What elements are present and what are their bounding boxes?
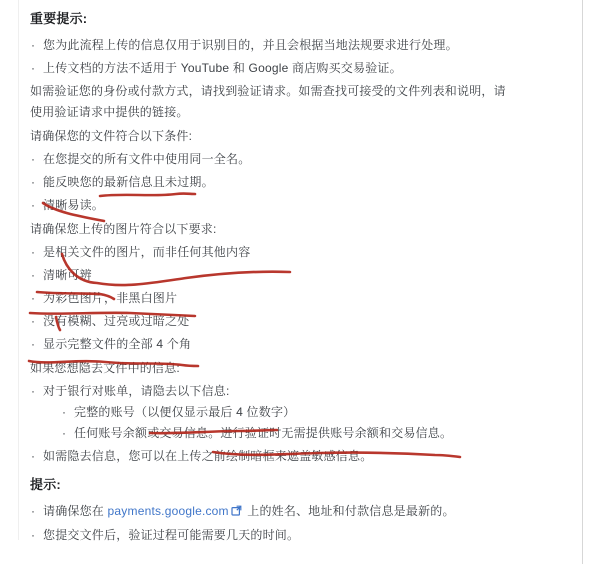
help-article-page: 重要提示: 您为此流程上传的信息仅用于识别目的，并且会根据当地法规要求进行处理。… xyxy=(0,0,600,575)
redaction-list: 对于银行对账单，请隐去以下信息: 完整的账号（以便仅显示最后 4 位数字） 任何… xyxy=(30,381,516,467)
list-item-text: 在您提交的所有文件中使用同一全名。 xyxy=(43,152,250,166)
list-item: 您为此流程上传的信息仅用于识别目的，并且会根据当地法规要求进行处理。 xyxy=(30,35,516,56)
list-item-text: 清晰可辨 xyxy=(43,268,92,282)
list-item-text: 为彩色图片，非黑白图片 xyxy=(43,291,177,305)
file-requirements-list: 在您提交的所有文件中使用同一全名。 能反映您的最新信息且未过期。 清晰易读。 xyxy=(30,149,516,216)
list-item-text: 您为此流程上传的信息仅用于识别目的，并且会根据当地法规要求进行处理。 xyxy=(43,38,458,52)
list-item: 没有模糊、过亮或过暗之处 xyxy=(30,311,516,332)
payments-google-link[interactable]: payments.google.com xyxy=(108,504,229,518)
list-item-text: 是相关文件的图片，而非任何其他内容 xyxy=(43,245,250,259)
important-notice-heading: 重要提示: xyxy=(30,8,516,29)
list-item-text: 能反映您的最新信息且未过期。 xyxy=(43,175,214,189)
tips-bullet1-suffix: 上的姓名、地址和付款信息是最新的。 xyxy=(244,504,455,518)
tips-list: 请确保您在 payments.google.com 上的姓名、地址和付款信息是最… xyxy=(30,501,516,546)
list-item-text: 上传文档的方法不适用于 YouTube 和 Google 商店购买交易验证。 xyxy=(43,61,402,75)
list-item-text: 任何账号余额或交易信息。进行验证时无需提供账号余额和交易信息。 xyxy=(74,426,452,440)
page-right-border xyxy=(582,0,583,564)
article-content: 重要提示: 您为此流程上传的信息仅用于识别目的，并且会根据当地法规要求进行处理。… xyxy=(30,8,516,548)
list-item: 请确保您在 payments.google.com 上的姓名、地址和付款信息是最… xyxy=(30,501,516,523)
list-item: 为彩色图片，非黑白图片 xyxy=(30,288,516,309)
list-item: 上传文档的方法不适用于 YouTube 和 Google 商店购买交易验证。 xyxy=(30,58,516,79)
list-item-text: 清晰易读。 xyxy=(43,198,104,212)
image-requirements-intro: 请确保您上传的图片符合以下要求: xyxy=(30,219,516,240)
list-item: 能反映您的最新信息且未过期。 xyxy=(30,172,516,193)
list-item: 如需隐去信息，您可以在上传之前绘制暗框来遮盖敏感信息。 xyxy=(30,446,516,467)
verify-paragraph: 如需验证您的身份或付款方式，请找到验证请求。如需查找可接受的文件列表和说明，请使… xyxy=(30,81,516,123)
list-item-text: 对于银行对账单，请隐去以下信息: xyxy=(43,384,230,398)
image-requirements-list: 是相关文件的图片，而非任何其他内容 清晰可辨 为彩色图片，非黑白图片 没有模糊、… xyxy=(30,242,516,355)
bank-statement-sublist: 完整的账号（以便仅显示最后 4 位数字） 任何账号余额或交易信息。进行验证时无需… xyxy=(61,402,516,444)
list-item: 任何账号余额或交易信息。进行验证时无需提供账号余额和交易信息。 xyxy=(61,423,516,444)
redaction-intro: 如果您想隐去文件中的信息: xyxy=(30,358,516,379)
list-item: 清晰可辨 xyxy=(30,265,516,286)
list-item-text: 没有模糊、过亮或过暗之处 xyxy=(43,314,189,328)
list-item-text: 如需隐去信息，您可以在上传之前绘制暗框来遮盖敏感信息。 xyxy=(43,449,372,463)
list-item: 完整的账号（以便仅显示最后 4 位数字） xyxy=(61,402,516,423)
list-item: 对于银行对账单，请隐去以下信息: 完整的账号（以便仅显示最后 4 位数字） 任何… xyxy=(30,381,516,444)
list-item-text: 您提交文件后，验证过程可能需要几天的时间。 xyxy=(43,528,299,542)
list-item: 是相关文件的图片，而非任何其他内容 xyxy=(30,242,516,263)
list-item: 在您提交的所有文件中使用同一全名。 xyxy=(30,149,516,170)
file-requirements-intro: 请确保您的文件符合以下条件: xyxy=(30,126,516,147)
important-notice-list: 您为此流程上传的信息仅用于识别目的，并且会根据当地法规要求进行处理。 上传文档的… xyxy=(30,35,516,79)
list-item: 清晰易读。 xyxy=(30,195,516,216)
external-link-icon xyxy=(231,502,242,523)
list-item-text: 显示完整文件的全部 4 个角 xyxy=(43,337,191,351)
list-item: 您提交文件后，验证过程可能需要几天的时间。 xyxy=(30,525,516,546)
tips-bullet1-prefix: 请确保您在 xyxy=(43,504,108,518)
page-left-border xyxy=(18,0,19,540)
list-item: 显示完整文件的全部 4 个角 xyxy=(30,334,516,355)
tips-heading: 提示: xyxy=(30,474,516,495)
list-item-text: 完整的账号（以便仅显示最后 4 位数字） xyxy=(74,405,295,419)
